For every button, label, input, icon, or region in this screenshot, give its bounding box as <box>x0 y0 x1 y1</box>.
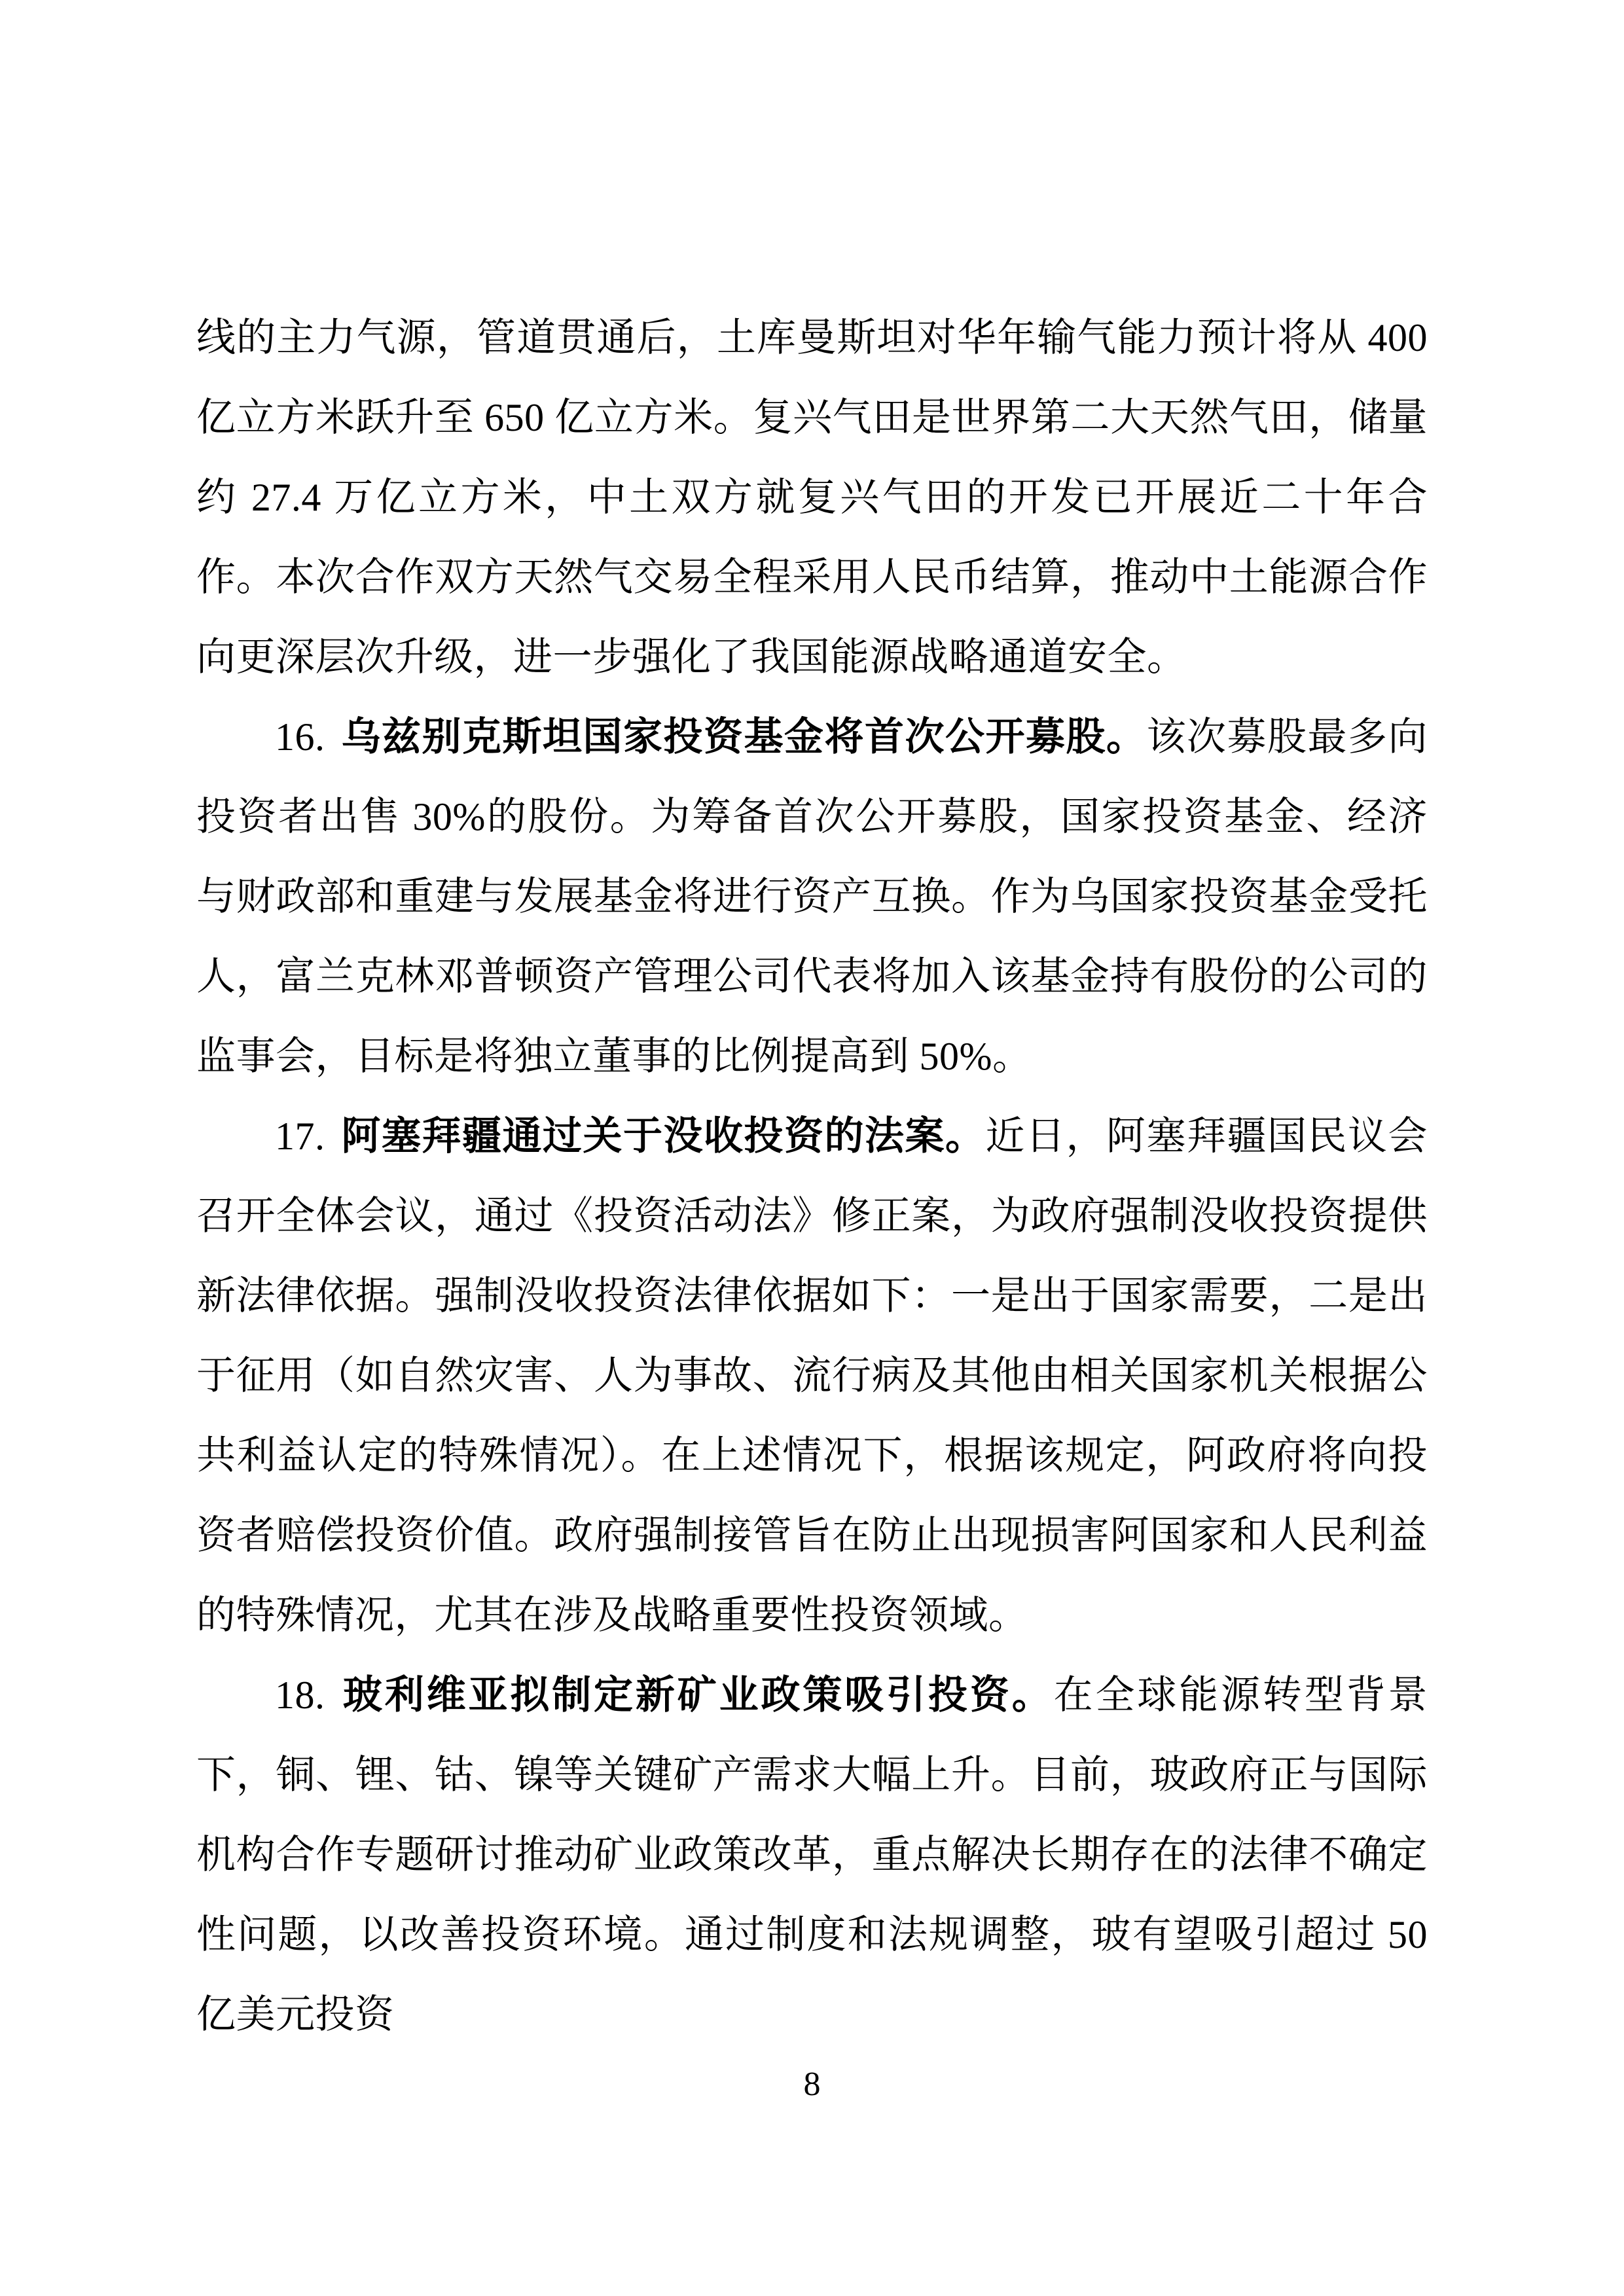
paragraph-text: 在全球能源转型背景下，铜、锂、钴、镍等关键矿产需求大幅上升。目前，玻政府正与国际… <box>196 1674 1428 2036</box>
paragraph-title: 乌兹别克斯坦国家投资基金将首次公开募股。 <box>341 715 1147 759</box>
paragraph-text: 线的主力气源，管道贯通后，土库曼斯坦对华年输气能力预计将从 400 亿立方米跃升… <box>196 316 1428 679</box>
paragraph-text: 该次募股最多向投资者出售 30%的股份。为筹备首次公开募股，国家投资基金、经济与… <box>196 715 1428 1078</box>
paragraph-title: 玻利维亚拟制定新矿业政策吸引投资。 <box>341 1674 1054 1717</box>
page-number: 8 <box>0 2052 1624 2117</box>
document-body: 线的主力气源，管道贯通后，土库曼斯坦对华年输气能力预计将从 400 亿立方米跃升… <box>196 298 1428 2054</box>
paragraph-16: 16.乌兹别克斯坦国家投资基金将首次公开募股。该次募股最多向投资者出售 30%的… <box>196 697 1428 1096</box>
paragraph-18: 18.玻利维亚拟制定新矿业政策吸引投资。在全球能源转型背景下，铜、锂、钴、镍等关… <box>196 1655 1428 2054</box>
paragraph-text: 近日，阿塞拜疆国民议会召开全体会议，通过《投资活动法》修正案，为政府强制没收投资… <box>196 1115 1428 1637</box>
paragraph-title: 阿塞拜疆通过关于没收投资的法案。 <box>341 1115 986 1158</box>
paragraph-number: 17. <box>275 1115 325 1158</box>
paragraph-continuation: 线的主力气源，管道贯通后，土库曼斯坦对华年输气能力预计将从 400 亿立方米跃升… <box>196 298 1428 697</box>
paragraph-17: 17.阿塞拜疆通过关于没收投资的法案。近日，阿塞拜疆国民议会召开全体会议，通过《… <box>196 1096 1428 1655</box>
paragraph-number: 16. <box>275 715 325 759</box>
document-page: 线的主力气源，管道贯通后，土库曼斯坦对华年输气能力预计将从 400 亿立方米跃升… <box>0 0 1624 2296</box>
paragraph-number: 18. <box>275 1674 325 1717</box>
